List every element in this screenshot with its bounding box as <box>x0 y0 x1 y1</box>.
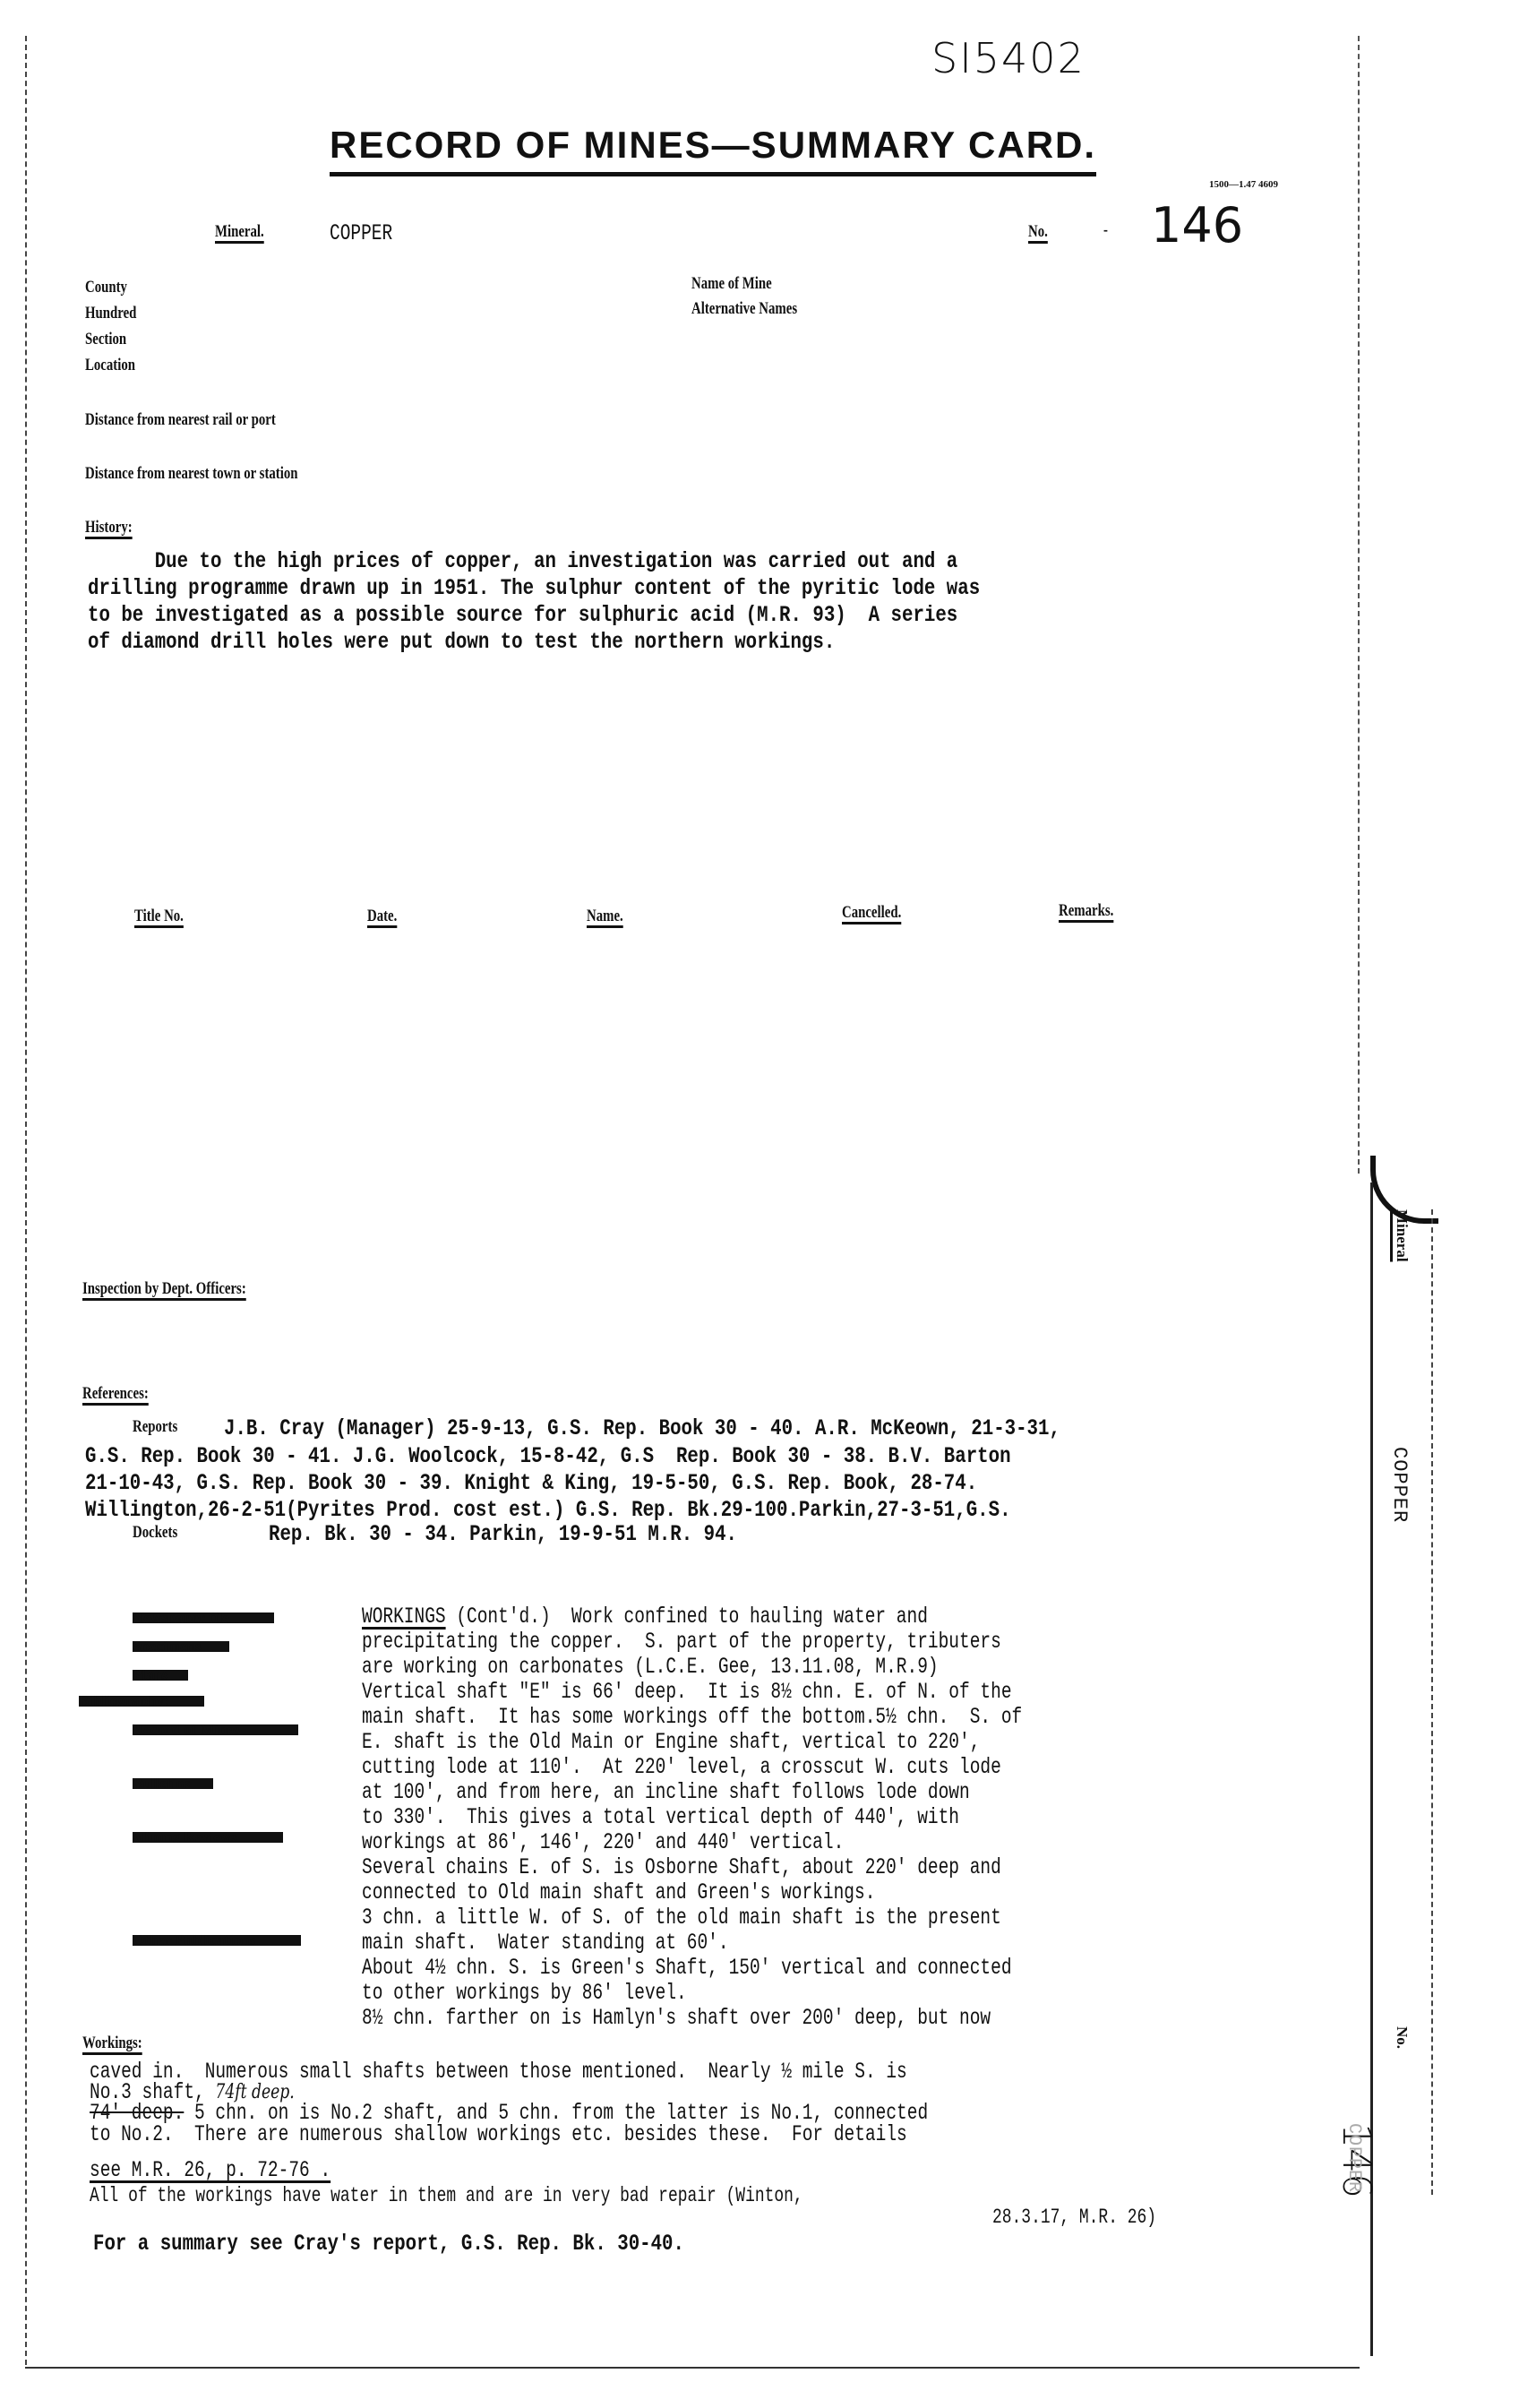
column-header-remarks: Remarks. <box>1059 901 1113 921</box>
reports-label: Reports <box>133 1417 177 1437</box>
workings-line: main shaft. Water standing at 60'. <box>362 1930 1022 1955</box>
section-label: Section <box>85 330 126 349</box>
card-number-label: No. <box>1028 222 1048 242</box>
dockets-label: Dockets <box>133 1523 177 1543</box>
print-code: 1500—1.47 4609 <box>1209 179 1278 190</box>
struck-label-other-publications: Other Publications <box>133 1935 301 1946</box>
workings-heading: WORKINGS <box>362 1604 446 1630</box>
struck-label-bulletins: Bulletins <box>133 1778 213 1789</box>
history-line: Due to the high prices of copper, an inv… <box>88 548 980 575</box>
workings-line: precipitating the copper. S. part of the… <box>362 1629 1022 1654</box>
index-tab-right-edge <box>1431 1209 1433 2195</box>
workings-line: E. shaft is the Old Main or Engine shaft… <box>362 1729 1022 1754</box>
hundred-label: Hundred <box>85 304 136 323</box>
distance-town-label: Distance from nearest town or station <box>85 464 298 484</box>
struck-label-plans: Plans <box>133 1670 188 1681</box>
workings-text: WORKINGS (Cont'd.) Work confined to haul… <box>362 1604 1208 2030</box>
column-header-name: Name. <box>587 907 623 926</box>
tab-number-label: No. <box>1393 2026 1411 2049</box>
workings-line: Vertical shaft "E" is 66' deep. It is 8½… <box>362 1679 1022 1704</box>
card-number-dash: - <box>1103 220 1108 240</box>
workings-line: main shaft. It has some workings off the… <box>362 1704 1022 1729</box>
struck-label-record-of-mines: Record of Mines <box>133 1724 298 1735</box>
alternative-names-label: Alternative Names <box>691 299 797 319</box>
page-title: RECORD OF MINES—SUMMARY CARD. <box>330 124 1096 176</box>
workings-line: All of the workings have water in them a… <box>90 2184 803 2207</box>
workings-line: are working on carbonates (L.C.E. Gee, 1… <box>362 1654 1022 1679</box>
tab-mineral-value: COPPER <box>1388 1447 1411 1523</box>
mineral-value: COPPER <box>330 220 392 246</box>
tab-mineral-label: Mineral <box>1393 1209 1411 1262</box>
workings-line: to No.2. There are numerous shallow work… <box>90 2121 907 2147</box>
workings-label: Workings: <box>82 2034 142 2053</box>
inspection-label: Inspection by Dept. Officers: <box>82 1279 246 1299</box>
workings-line: to other workings by 86' level. <box>362 1980 1022 2005</box>
reference-line: Rep. Bk. 30 - 34. Parkin, 19-9-51 M.R. 9… <box>269 1521 737 1547</box>
card-border-left <box>25 36 27 2365</box>
reference-line: G.S. Rep. Book 30 - 41. J.G. Woolcock, 1… <box>85 1443 1011 1469</box>
workings-line: WORKINGS (Cont'd.) Work confined to haul… <box>362 1604 1022 1629</box>
workings-line: at 100', and from here, an incline shaft… <box>362 1779 1022 1804</box>
workings-line: connected to Old main shaft and Green's … <box>362 1879 1022 1905</box>
history-line: drilling programme drawn up in 1951. The… <box>88 575 980 602</box>
workings-line: 28.3.17, M.R. 26) <box>992 2206 1156 2229</box>
county-label: County <box>85 278 127 297</box>
reference-line: J.B. Cray (Manager) 25-9-13, G.S. Rep. B… <box>224 1415 1060 1441</box>
workings-line: 3 chn. a little W. of S. of the old main… <box>362 1905 1022 1930</box>
workings-line: 8½ chn. farther on is Hamlyn's shaft ove… <box>362 2005 1022 2030</box>
workings-line: About 4½ chn. S. is Green's Shaft, 150' … <box>362 1955 1022 1980</box>
mineral-label: Mineral. <box>215 222 264 242</box>
column-header-cancelled: Cancelled. <box>842 903 901 923</box>
workings-line: cutting lode at 110'. At 220' level, a c… <box>362 1754 1022 1779</box>
reference-line: 21-10-43, G.S. Rep. Book 30 - 39. Knight… <box>85 1470 977 1496</box>
name-of-mine-label: Name of Mine <box>691 274 772 294</box>
column-header-date: Date. <box>367 907 397 926</box>
details-reference: see M.R. 26, p. 72-76 . <box>90 2157 330 2183</box>
workings-line: workings at 86', 146', 220' and 440' ver… <box>362 1829 1022 1854</box>
summary-line: For a summary see Cray's report, G.S. Re… <box>93 2231 684 2257</box>
references-label: References: <box>82 1384 149 1404</box>
workings-line: Several chains E. of S. is Osborne Shaft… <box>362 1854 1022 1879</box>
workings-line: to 330'. This gives a total vertical dep… <box>362 1804 1022 1829</box>
card-border-bottom <box>25 2367 1360 2369</box>
struck-label-bibliography: Bibliography: <box>79 1696 204 1707</box>
location-label: Location <box>85 356 135 375</box>
struck-label-newspaper-file: Newspaper file <box>133 1612 274 1623</box>
distance-rail-label: Distance from nearest rail or port <box>85 410 276 430</box>
card-number-value: 146 <box>1151 197 1243 254</box>
column-header-title-no: Title No. <box>134 907 184 926</box>
history-text: Due to the high prices of copper, an inv… <box>88 548 1163 656</box>
card-border-right <box>1358 36 1360 1174</box>
history-line: of diamond drill holes were put down to … <box>88 629 980 656</box>
reference-line: Willington,26-2-51(Pyrites Prod. cost es… <box>85 1497 1011 1523</box>
history-label: History: <box>85 518 133 537</box>
struck-label-mining-reviews: Mining Reviews <box>133 1832 283 1843</box>
history-line: to be investigated as a possible source … <box>88 602 980 629</box>
handwritten-reference-id: SI5402 <box>931 34 1086 82</box>
struck-label-specimens: Specimens <box>133 1641 229 1652</box>
tab-faint-mineral: COPPER <box>1343 2123 1364 2193</box>
